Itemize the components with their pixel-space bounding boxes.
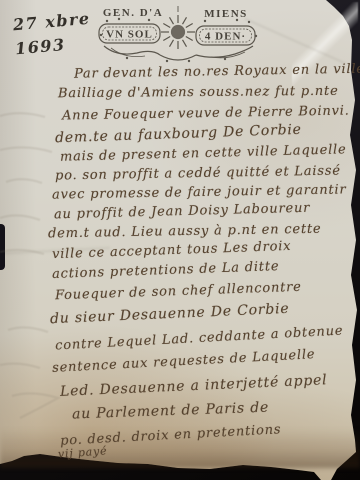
stamp-text-miens: MIENS	[204, 8, 248, 20]
stamp-text-gen-da: GEN. D'A	[103, 7, 163, 19]
manuscript-line: Bailliage d'Amiens souss.nez fut p.nte	[58, 84, 339, 101]
stamp-text-un-sol: VN SOL	[106, 29, 153, 41]
fiscal-stamp: GEN. D'A MIENS VN SOL 4 DEN·	[97, 2, 259, 64]
date-annotation: 27 xbre 1693	[12, 7, 94, 62]
stamp-ornament-icon: GEN. D'A MIENS VN SOL 4 DEN·	[97, 2, 259, 64]
stamp-text-4-den: 4 DEN·	[205, 31, 246, 43]
manuscript-scan: 27 xbre 1693	[0, 0, 360, 480]
left-edge-tear	[0, 224, 5, 270]
